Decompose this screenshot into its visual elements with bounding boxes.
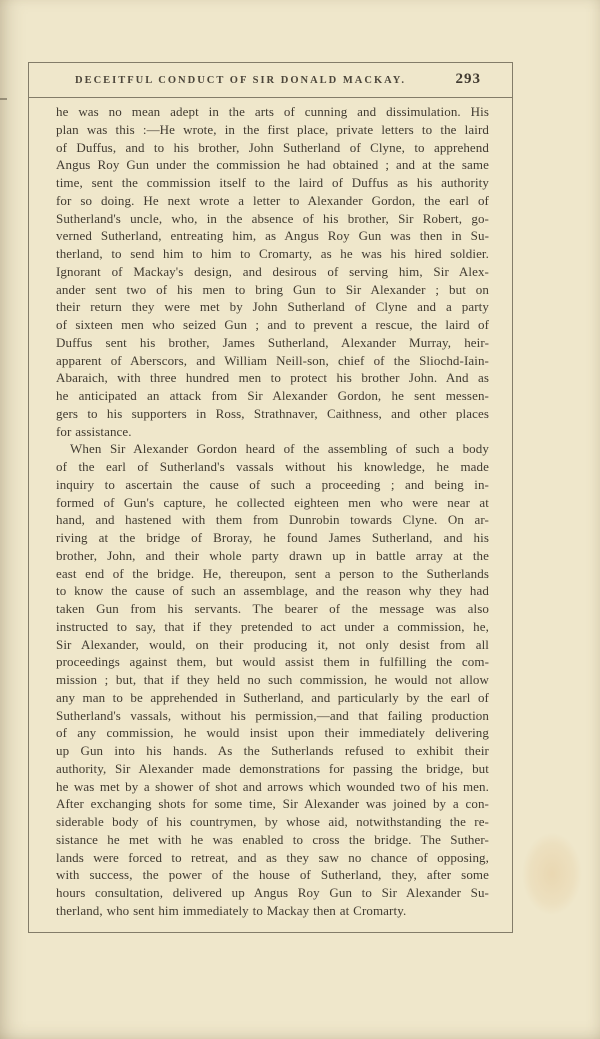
paper-stain (512, 819, 592, 929)
text-line: to know the cause of such an assemblage,… (56, 582, 489, 600)
text-line: he was no mean adept in the arts of cunn… (56, 103, 489, 121)
text-line: Angus Roy Gun under the commission he ha… (56, 156, 489, 174)
text-line: Sir Alexander, would, on their producing… (56, 636, 489, 654)
text-line: ander sent two of his men to bring Gun t… (56, 281, 489, 299)
text-line: time, sent the commission itself to the … (56, 174, 489, 192)
text-line: of sixteen men who seized Gun ; and to p… (56, 316, 489, 334)
text-line: formed of Gun's capture, he collected ei… (56, 494, 489, 512)
text-line: mission ; but, that if they held no such… (56, 671, 489, 689)
text-line: After exchanging shots for some time, Si… (56, 795, 489, 813)
text-line: Ignorant of Mackay's design, and desirou… (56, 263, 489, 281)
scan-gutter-mark (0, 98, 7, 100)
text-line: lands were forced to retreat, and as the… (56, 849, 489, 867)
text-line: brother, John, and their whole party dra… (56, 547, 489, 565)
running-title: DECEITFUL CONDUCT OF SIR DONALD MACKAY. (29, 75, 452, 86)
text-line: Sutherland's vassals, without his permis… (56, 707, 489, 725)
text-line: up Gun into his hands. As the Sutherland… (56, 742, 489, 760)
text-line: for assistance. (56, 423, 489, 441)
text-line: with success, the power of the house of … (56, 866, 489, 884)
text-line: of Duffus, and to his brother, John Suth… (56, 139, 489, 157)
text-line: authority, Sir Alexander made demonstrat… (56, 760, 489, 778)
text-line: of the earl of Sutherland's vassals with… (56, 458, 489, 476)
text-line: therland, to send him to him to Cromarty… (56, 245, 489, 263)
text-line: taken Gun from his servants. The bearer … (56, 600, 489, 618)
text-line: instructed to say, that if they pretende… (56, 618, 489, 636)
text-line: their return they were met by John Suthe… (56, 298, 489, 316)
text-line: sistance he met with he was enabled to c… (56, 831, 489, 849)
text-line: of any commission, he would insist upon … (56, 724, 489, 742)
text-line: east end of the bridge. He, thereupon, s… (56, 565, 489, 583)
text-line: he anticipated an attack from Sir Alexan… (56, 387, 489, 405)
page-number: 293 (456, 71, 482, 88)
text-line: Duffus sent his brother, James Sutherlan… (56, 334, 489, 352)
text-line: he was met by a shower of shot and arrow… (56, 778, 489, 796)
text-line: hours consultation, delivered up Angus R… (56, 884, 489, 902)
text-line: inquiry to ascertain the cause of such a… (56, 476, 489, 494)
text-line: Sutherland's uncle, who, in the absence … (56, 210, 489, 228)
text-line: any man to be apprehended in Sutherland,… (56, 689, 489, 707)
page-body-text: he was no mean adept in the arts of cunn… (29, 98, 512, 920)
text-line: therland, who sent him immediately to Ma… (56, 902, 489, 920)
text-line: hand, and hastened with them from Dunrob… (56, 511, 489, 529)
text-line: verned Sutherland, entreating him, as An… (56, 227, 489, 245)
text-line: plan was this :—He wrote, in the first p… (56, 121, 489, 139)
text-line: siderable body of his countrymen, by who… (56, 813, 489, 831)
page-header: DECEITFUL CONDUCT OF SIR DONALD MACKAY. … (29, 63, 512, 98)
text-line: apparent of Aberscors, and William Neill… (56, 352, 489, 370)
scanned-book-page: DECEITFUL CONDUCT OF SIR DONALD MACKAY. … (0, 0, 600, 1039)
text-line: Abaraich, with three hundred men to prot… (56, 369, 489, 387)
text-line: riving at the bridge of Broray, he found… (56, 529, 489, 547)
text-line: When Sir Alexander Gordon heard of the a… (56, 440, 489, 458)
page-frame: DECEITFUL CONDUCT OF SIR DONALD MACKAY. … (28, 62, 513, 933)
text-line: gers to his supporters in Ross, Strathna… (56, 405, 489, 423)
text-line: for so doing. He next wrote a letter to … (56, 192, 489, 210)
text-line: proceedings against them, but would assi… (56, 653, 489, 671)
